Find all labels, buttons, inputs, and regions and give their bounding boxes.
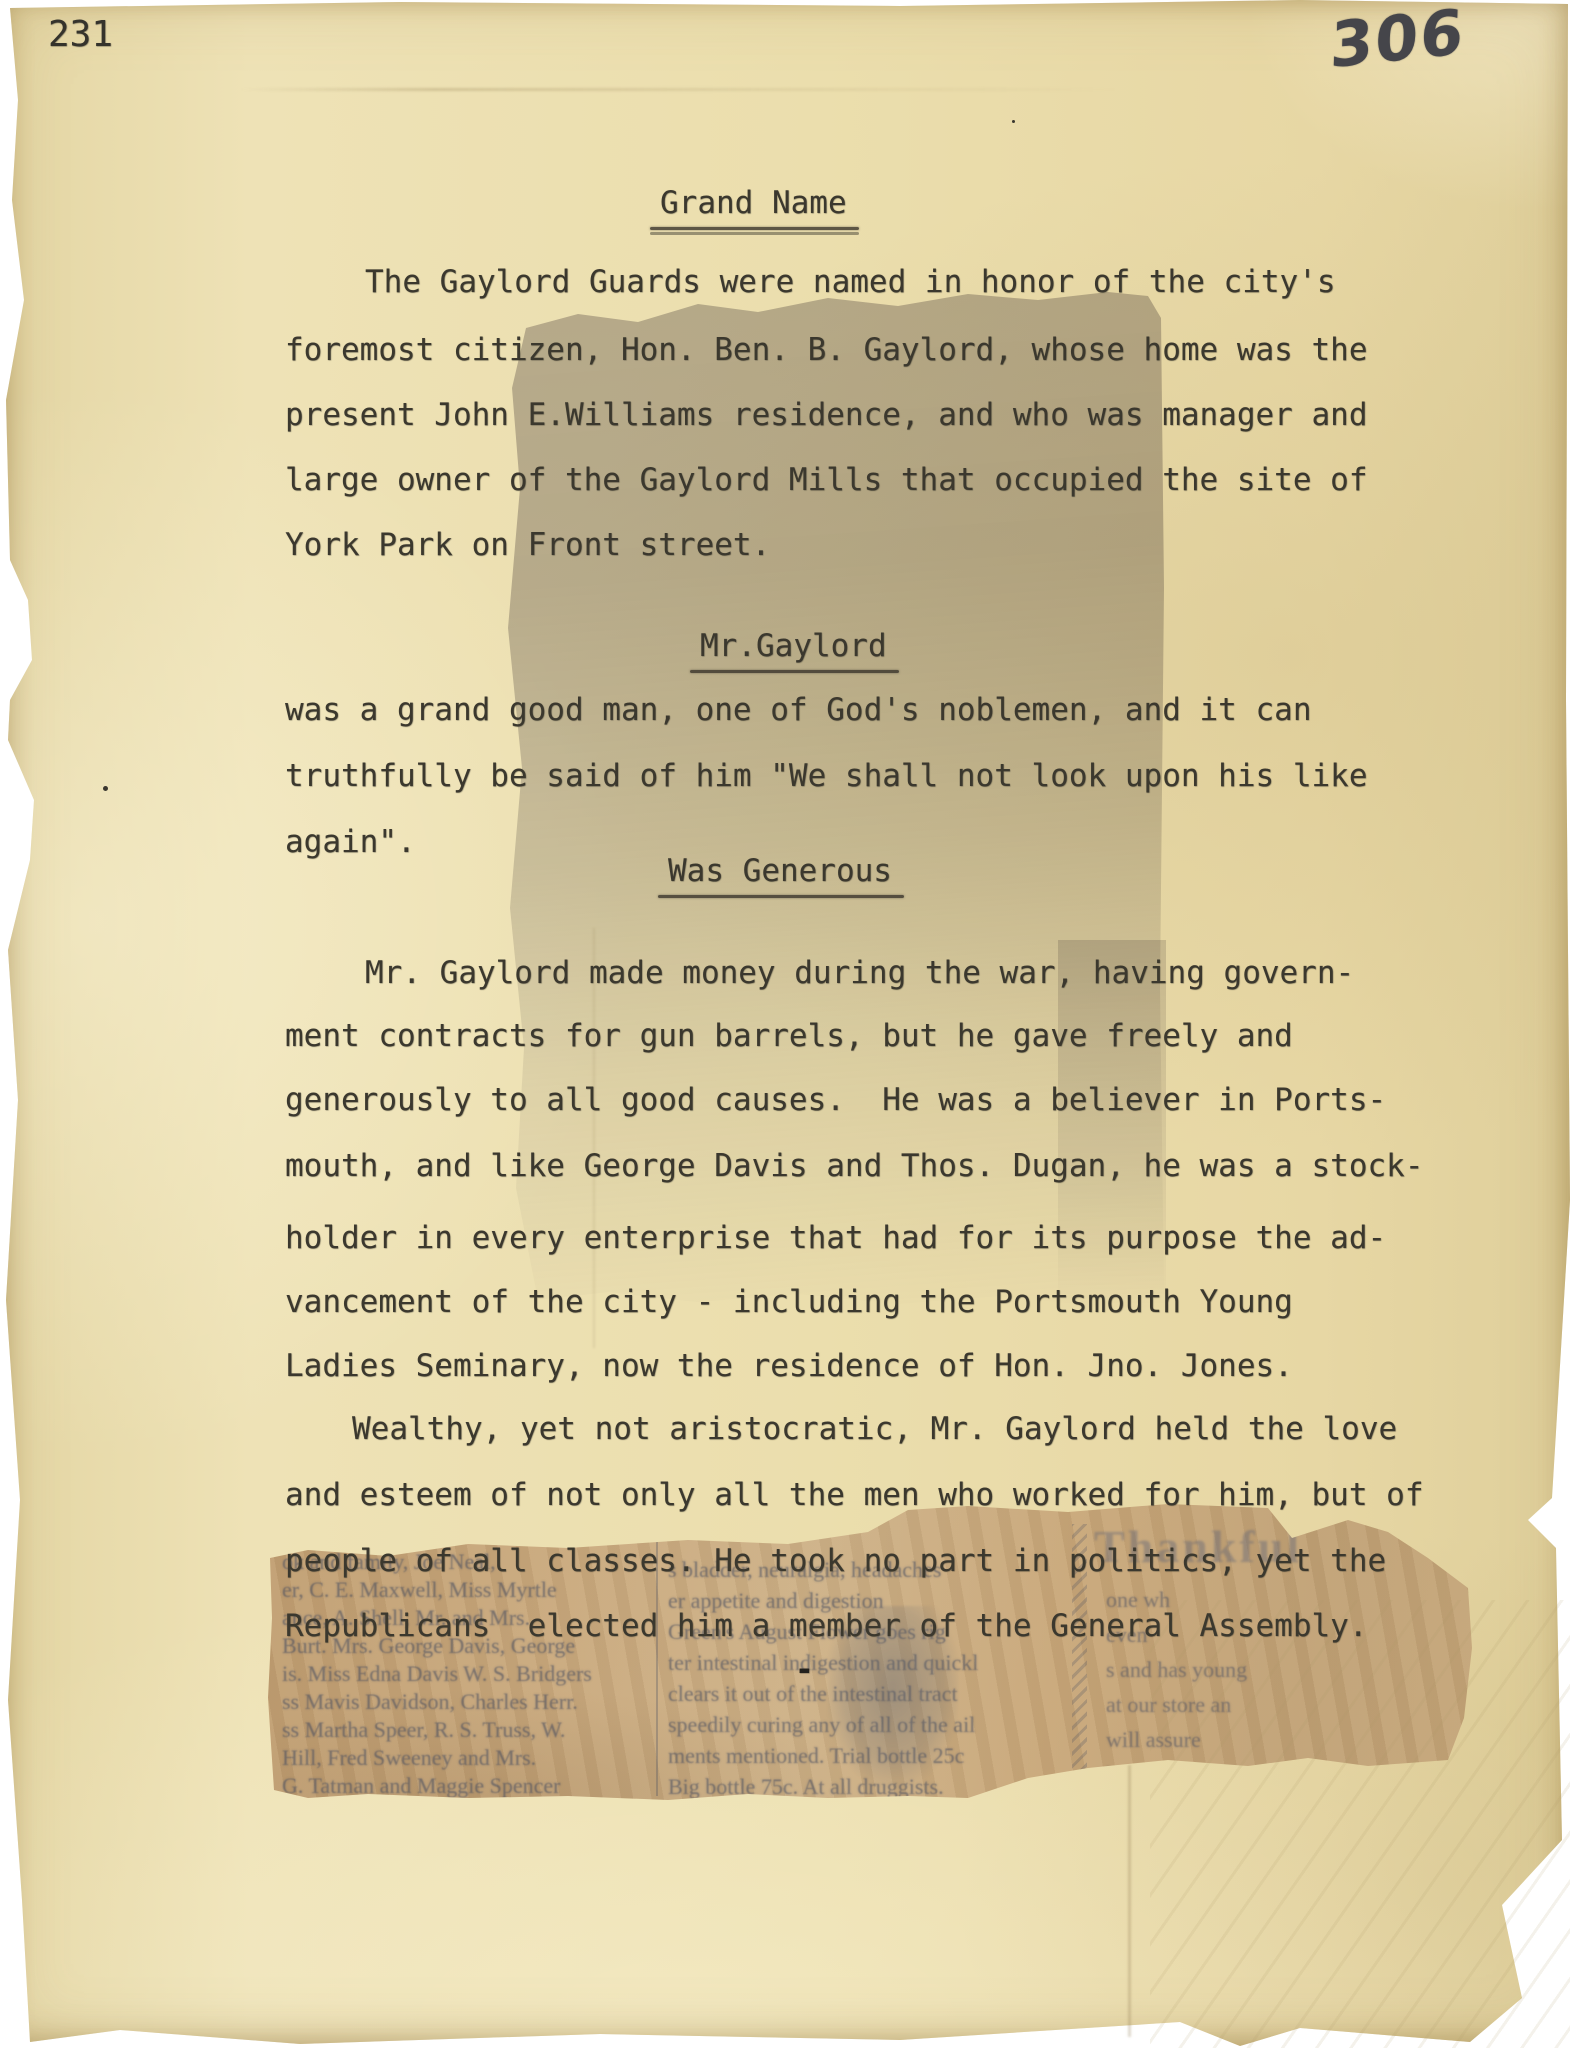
clipping-text-line: G. Tatman and Maggie Spencer: [282, 1772, 664, 1800]
fold-shading: [1150, 1600, 1570, 2048]
typed-line: Ladies Seminary, now the residence of Ho…: [285, 1346, 1293, 1386]
typed-line: Mr. Gaylord made money during the war, h…: [365, 953, 1354, 993]
folio-number: 306: [1329, 0, 1466, 82]
typed-line: York Park on Front street.: [285, 525, 770, 565]
typed-line: and esteem of not only all the men who w…: [285, 1475, 1423, 1515]
typed-line: again".: [285, 822, 416, 862]
document-title: Grand Name: [660, 183, 847, 223]
typed-line: The Gaylord Guards were named in honor o…: [365, 262, 1336, 302]
clipping-text-line: ss Mavis Davidson, Charles Herr.: [282, 1688, 664, 1716]
typed-line: ment contracts for gun barrels, but he g…: [285, 1016, 1293, 1056]
typed-line: foremost citizen, Hon. Ben. B. Gaylord, …: [285, 330, 1368, 370]
typed-line: Republicans elected him a member of the …: [285, 1606, 1368, 1646]
typed-line: vancement of the city - including the Po…: [285, 1282, 1293, 1322]
clipping-text-line: Hill, Fred Sweeney and Mrs.: [282, 1744, 664, 1772]
section-heading-generous: Was Generous: [668, 851, 892, 891]
ink-speck: [1012, 120, 1015, 123]
typed-line: large owner of the Gaylord Mills that oc…: [285, 460, 1368, 500]
typed-dash: -: [795, 1650, 814, 1690]
typed-line: was a grand good man, one of God's noble…: [285, 690, 1312, 730]
ink-speck: [103, 786, 108, 791]
typed-line: generously to all good causes. He was a …: [285, 1080, 1386, 1120]
paper-crease: [1128, 1765, 1131, 2037]
typed-line: Wealthy, yet not aristocratic, Mr. Gaylo…: [352, 1409, 1397, 1449]
typed-line: mouth, and like George Davis and Thos. D…: [285, 1146, 1423, 1186]
typed-line: holder in every enterprise that had for …: [285, 1218, 1386, 1258]
clipping-text-line: ss Martha Speer, R. S. Truss, W.: [282, 1716, 664, 1744]
clipping-left-column: ok and family, Joe Neal, er, C. E. Maxwe…: [282, 1548, 664, 1800]
paper-crease: [240, 88, 1120, 91]
typed-line: present John E.Williams residence, and w…: [285, 395, 1368, 435]
scanned-page: ok and family, Joe Neal, er, C. E. Maxwe…: [0, 0, 1570, 2048]
page-number: 231: [48, 14, 113, 55]
section-heading-gaylord: Mr.Gaylord: [700, 626, 887, 666]
clipping-text-line: is. Miss Edna Davis W. S. Bridgers: [282, 1660, 664, 1688]
typed-line: people of all classes. He took no part i…: [285, 1541, 1386, 1581]
typed-line: truthfully be said of him "We shall not …: [285, 756, 1368, 796]
